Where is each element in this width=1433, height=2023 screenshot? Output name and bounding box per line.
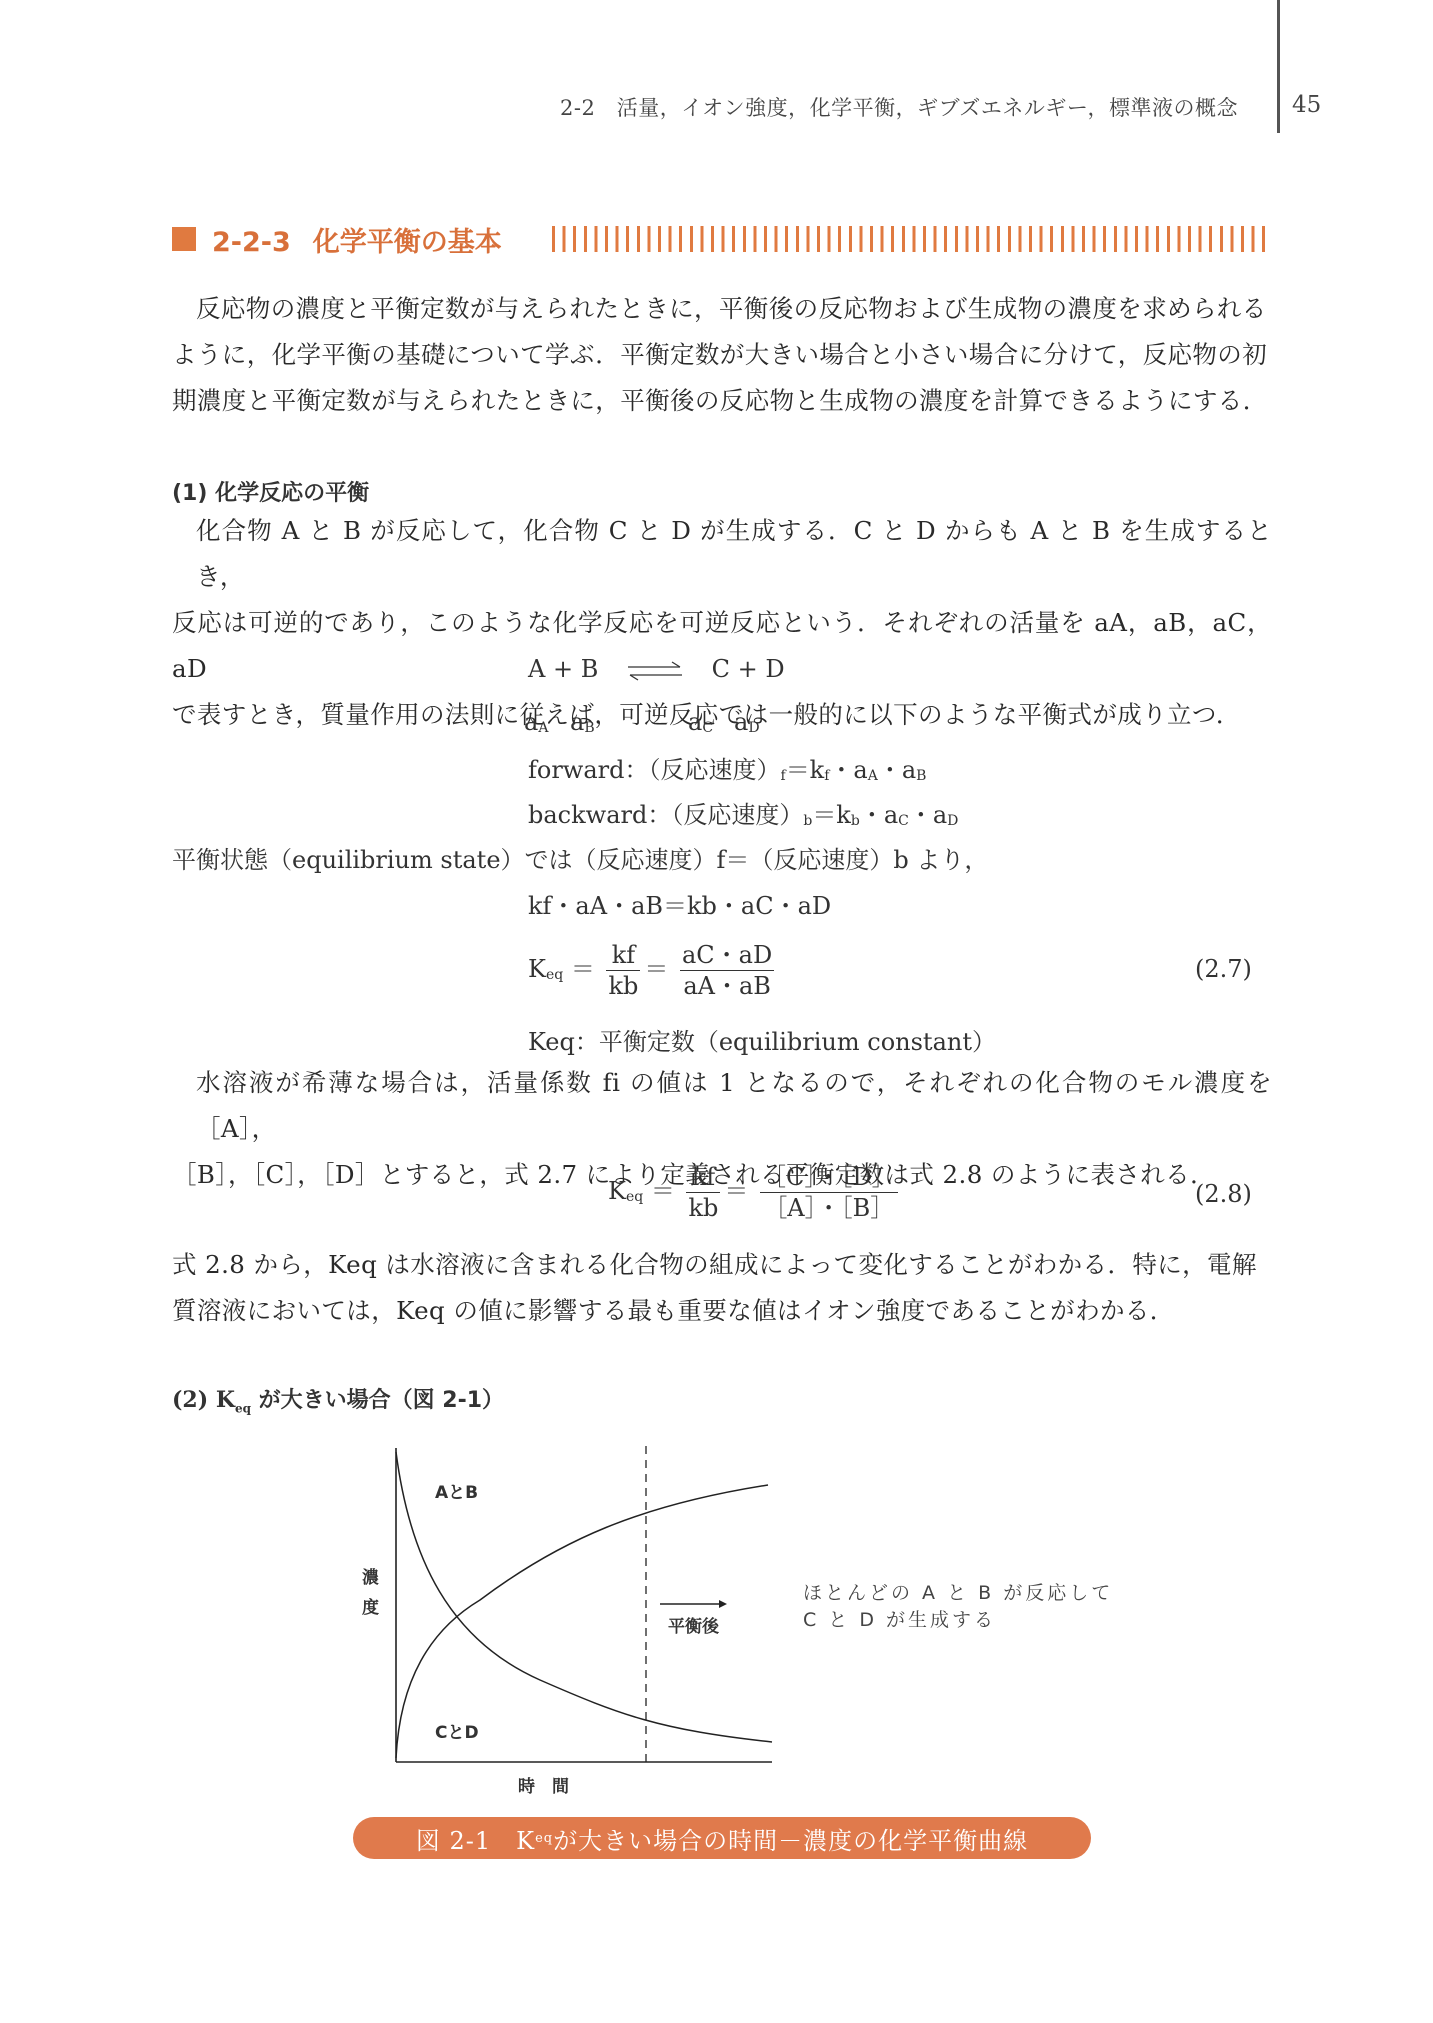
activity-aD: aD (734, 708, 760, 736)
header-rule (1277, 0, 1280, 133)
paragraph-line: で表すとき，質量作用の法則に従えば，可逆反応では一般的に以下のような平衡式が成り… (172, 692, 1272, 738)
equation-2-7: Keq ＝ kfkb＝ aC・aDaA・aB (528, 940, 778, 1001)
figure-caption: 図 2-1 Keq が大きい場合の時間－濃度の化学平衡曲線 (353, 1817, 1091, 1859)
reactants: A + B (528, 655, 598, 683)
fraction-activities: aC・aDaA・aB (680, 940, 774, 1001)
page-number: 45 (1292, 92, 1321, 118)
subsection-2-heading: (2) Keq が大きい場合（図 2-1） (172, 1383, 504, 1415)
section-title-text: 化学平衡の基本 (313, 227, 502, 258)
products: C + D (712, 655, 785, 683)
intro-line: ように，化学平衡の基礎について学ぶ．平衡定数が大きい場合と小さい場合に分けて，反… (172, 332, 1272, 378)
after-equilibrium-label: 平衡後 (668, 1612, 719, 1637)
backward-rate-equation: backward：（反応速度）b＝kb・aC・aD (528, 795, 958, 830)
equation-number-2-7: (2.7) (1195, 955, 1252, 983)
intro-line: 期濃度と平衡定数が与えられたときに，平衡後の反応物と生成物の濃度を計算できるよう… (172, 378, 1272, 424)
intro-line: 反応物の濃度と平衡定数が与えられたときに，平衡後の反応物および生成物の濃度を求め… (172, 286, 1272, 332)
fraction-k: kfkb (606, 940, 640, 1001)
series-label-cd: CとD (435, 1718, 479, 1743)
paragraph-line: 水溶液が希薄な場合は，活量係数 fi の値は 1 となるので，それぞれの化合物の… (172, 1060, 1272, 1152)
figure-annotation: ほとんどの A と B が反応して C と D が生成する (803, 1580, 1113, 1634)
equilibrium-state-line: 平衡状態（equilibrium state）では（反応速度）f＝（反応速度）b… (172, 840, 988, 875)
activity-aA: aA (524, 708, 548, 736)
activity-aC: aC (688, 708, 713, 736)
paragraph-line: 式 2.8 から，Keq は水溶液に含まれる化合物の組成によって変化することがわ… (172, 1242, 1272, 1288)
reaction-equation: A + B C + D (528, 655, 785, 683)
fraction-k: kfkb (686, 1162, 720, 1223)
keq-definition: Keq：平衡定数（equilibrium constant） (528, 1022, 996, 1057)
fraction-concentrations: ［C］・［D］［A］・［B］ (760, 1162, 898, 1223)
forward-rate-equation: forward：（反応速度）f＝kf・aA・aB (528, 750, 926, 785)
section-number: 2-2-3 (212, 227, 291, 258)
equation-2-8: Keq ＝ kfkb＝ ［C］・［D］［A］・［B］ (608, 1162, 902, 1223)
subsection-1-paragraph: 化合物 A と B が反応して，化合物 C と D が生成する．C と D から… (172, 508, 1272, 738)
chart-plot (340, 1430, 800, 1810)
subsection-1-heading: (1) 化学反応の平衡 (172, 476, 369, 507)
paragraph-line: 化合物 A と B が反応して，化合物 C と D が生成する．C と D から… (172, 508, 1272, 600)
section-heading: 2-2-3化学平衡の基本 (172, 222, 502, 256)
x-axis-label: 時 間 (518, 1772, 569, 1797)
running-head: 2-2 活量，イオン強度，化学平衡，ギブズエネルギー，標準液の概念 (560, 92, 1238, 122)
y-axis-label-1: 濃 (362, 1563, 379, 1588)
paragraph-line: 質溶液においては，Keq の値に影響する最も重要な値はイオン強度であることがわか… (172, 1288, 1272, 1334)
activity-aB: aB (570, 708, 595, 736)
section-title: 2-2-3化学平衡の基本 (212, 220, 502, 259)
y-axis-label-2: 度 (362, 1593, 379, 1618)
section-stripe-decoration (552, 226, 1272, 252)
figure-2-1-chart: AとB CとD 濃 度 平衡後 時 間 (340, 1430, 800, 1810)
conclusion-paragraph: 式 2.8 から，Keq は水溶液に含まれる化合物の組成によって変化することがわ… (172, 1242, 1272, 1334)
section-square-icon (172, 227, 196, 251)
series-label-ab: AとB (435, 1478, 478, 1503)
equation-number-2-8: (2.8) (1195, 1180, 1252, 1208)
balance-equation: kf・aA・aB＝kb・aC・aD (528, 886, 831, 921)
intro-paragraph: 反応物の濃度と平衡定数が与えられたときに，平衡後の反応物および生成物の濃度を求め… (172, 286, 1272, 424)
equilibrium-arrow-icon (626, 661, 684, 681)
